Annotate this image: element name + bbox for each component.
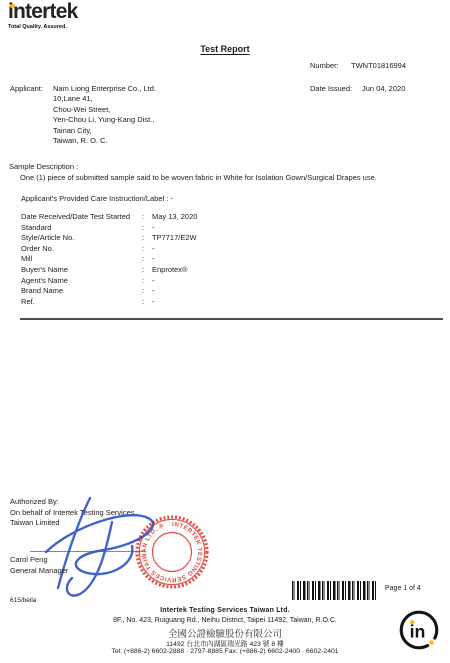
applicant-line: Nam Liong Enterprise Co., Ltd. bbox=[53, 84, 156, 94]
intertek-logo: intertek bbox=[8, 0, 77, 24]
applicant-line: Taiwan, R. O. C. bbox=[53, 136, 156, 146]
table-row: Order No. : - bbox=[21, 244, 431, 255]
footer-company-name: Intertek Testing Services Taiwan Ltd. bbox=[0, 607, 450, 614]
table-row: Standard : - bbox=[21, 223, 431, 234]
footer-address-zh: 11492 台北市內湖區瑞光路 423 號 8 樓 bbox=[0, 638, 450, 648]
document-code: 615/bella bbox=[10, 597, 36, 604]
table-row: Date Received/Date Test Started : May 13… bbox=[21, 212, 431, 223]
signer-title: General Manager bbox=[10, 566, 68, 576]
applicant-line: 10,Lane 41, bbox=[53, 94, 156, 104]
applicant-address: Nam Liong Enterprise Co., Ltd. 10,Lane 4… bbox=[53, 84, 156, 146]
footer-tel-fax: Tel: (+886-2) 6602-2888 · 2797-8885 Fax:… bbox=[0, 648, 450, 655]
signer-name: Carol Peng bbox=[10, 555, 48, 565]
report-number-value: TWNT01816994 bbox=[351, 61, 406, 71]
signature-ink bbox=[28, 492, 178, 602]
applicant-line: Tainan City, bbox=[53, 126, 156, 136]
intertek-mark-icon: in bbox=[396, 607, 442, 653]
applicant-line: Yen-Chou Li, Yung-Kang Dist., bbox=[53, 115, 156, 125]
date-issued-label: Date Issued: bbox=[310, 84, 352, 94]
logo-yellow-dot-icon bbox=[10, 4, 15, 9]
section-divider bbox=[20, 318, 443, 320]
applicant-line: Chou-Wei Street, bbox=[53, 105, 156, 115]
table-row: Agent's Name : - bbox=[21, 276, 431, 287]
date-issued-value: Jun 04, 2020 bbox=[362, 84, 405, 94]
table-row: Buyer's Name : Enprotex® bbox=[21, 265, 431, 276]
table-row: Style/Article No. : TP7717/E2W bbox=[21, 233, 431, 244]
barcode bbox=[292, 581, 377, 600]
sample-description-text: One (1) piece of submitted sample said t… bbox=[20, 173, 444, 183]
page-number: Page 1 of 4 bbox=[385, 585, 421, 592]
sample-description-heading: Sample Description : bbox=[9, 162, 78, 172]
report-title: Test Report bbox=[0, 44, 450, 54]
details-table: Date Received/Date Test Started : May 13… bbox=[21, 212, 431, 307]
care-instruction-line: Applicant's Provided Care Instruction/La… bbox=[21, 194, 173, 204]
test-report-page: intertek Total Quality. Assured. Test Re… bbox=[0, 0, 450, 663]
table-row: Ref. : - bbox=[21, 297, 431, 308]
footer-address-en: 8F., No. 423, Ruiguang Rd., Neihu Distri… bbox=[0, 617, 450, 624]
table-row: Mill : - bbox=[21, 254, 431, 265]
applicant-label: Applicant: bbox=[10, 84, 43, 94]
table-row: Brand Name : - bbox=[21, 286, 431, 297]
logo-tagline: Total Quality. Assured. bbox=[8, 24, 67, 30]
report-number-label: Number: bbox=[310, 61, 339, 71]
